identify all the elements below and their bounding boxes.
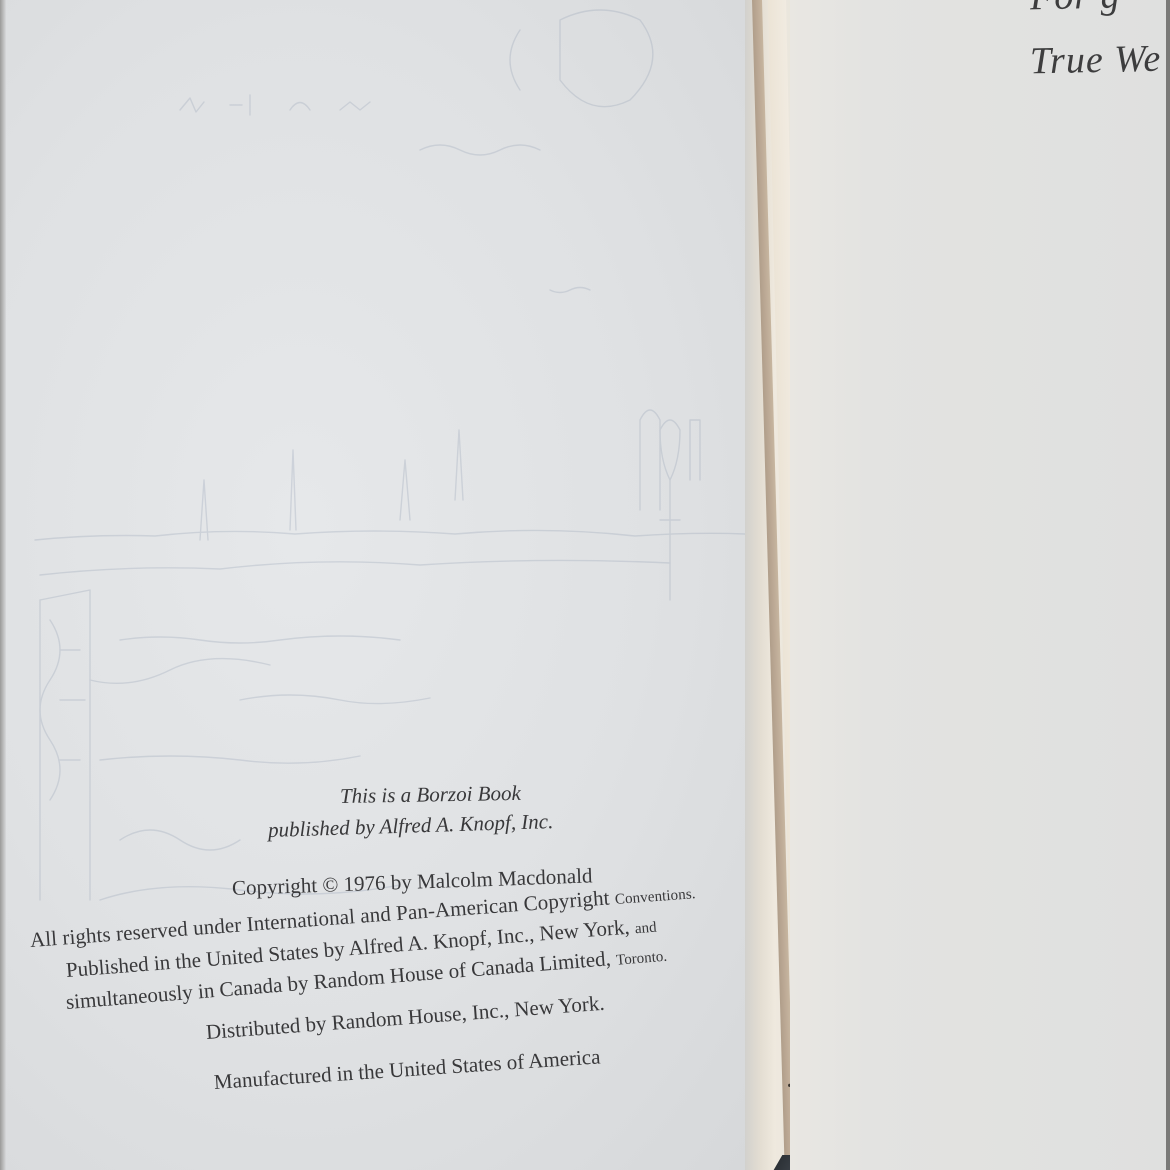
borzoi-imprint-line: This is a Borzoi Book bbox=[340, 781, 521, 809]
dedication-text: For g True We bbox=[1030, 0, 1161, 92]
rights-reserved-tail: Conventions. bbox=[614, 886, 696, 908]
dedication-line-2: True We bbox=[1029, 27, 1162, 94]
right-page-dedication bbox=[790, 0, 1170, 1170]
left-page-copyright: This is a Borzoi Book published by Alfre… bbox=[0, 0, 752, 1170]
published-us-tail: and bbox=[634, 920, 657, 938]
page-right-edge-shadow bbox=[1166, 0, 1170, 1170]
published-canada-tail: Toronto. bbox=[616, 949, 668, 969]
dedication-line-1: For g bbox=[1029, 0, 1162, 29]
